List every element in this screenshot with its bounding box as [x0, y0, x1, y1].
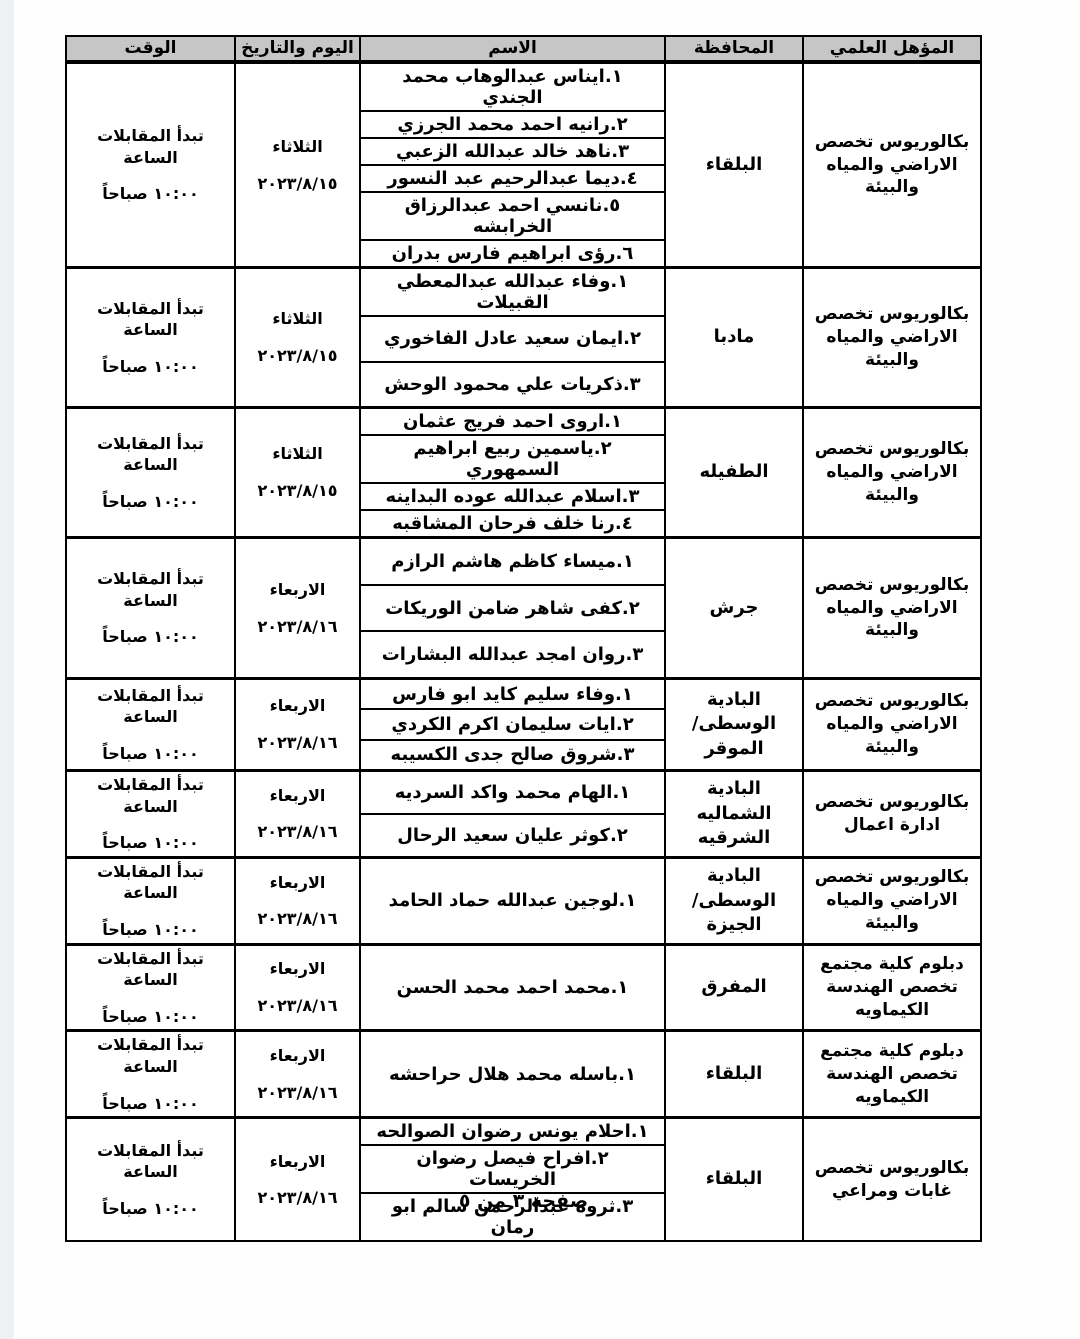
time-line2: ١٠:٠٠ صباحاً — [102, 356, 199, 378]
qualification-cell: بكالوريوس تخصص غابات ومراعي — [802, 1119, 980, 1240]
date-label: ٢٠٢٣/٨/١٦ — [257, 616, 337, 638]
day-date-cell: الاربعاء ٢٠٢٣/٨/١٦ — [234, 680, 359, 769]
day-label: الاربعاء — [270, 958, 326, 980]
applicant-name: ٦.رؤى ابراهيم فارس بدران — [361, 239, 664, 266]
table-row-group: بكالوريوس تخصص غابات ومراعي البلقاء ١.اح… — [67, 1116, 980, 1240]
time-cell: تبدأ المقابلات الساعة ١٠:٠٠ صباحاً — [67, 409, 234, 536]
date-label: ٢٠٢٣/٨/١٥ — [257, 480, 337, 502]
day-label: الاربعاء — [270, 1151, 326, 1173]
qualification-cell: بكالوريوس تخصص الاراضي والمياه والبيئة — [802, 859, 980, 943]
time-line1: تبدأ المقابلات الساعة — [72, 1034, 229, 1077]
table-row-group: بكالوريوس تخصص الاراضي والمياه والبيئة ا… — [67, 64, 980, 266]
time-line2: ١٠:٠٠ صباحاً — [102, 1093, 199, 1115]
applicant-name: ٢.كوثر عليان سعيد الرحال — [361, 813, 664, 856]
day-label: الثلاثاء — [272, 443, 322, 465]
names-column: ١.ميساء كاظم هاشم الرازم٢.كفى شاهر ضامن … — [359, 539, 664, 677]
day-date-cell: الثلاثاء ٢٠٢٣/٨/١٥ — [234, 409, 359, 536]
date-label: ٢٠٢٣/٨/١٦ — [257, 908, 337, 930]
table-row-group: بكالوريوس تخصص الاراضي والمياه والبيئة ا… — [67, 406, 980, 536]
governorate-cell: البادية الشماليه الشرقيه — [664, 772, 802, 856]
time-line2: ١٠:٠٠ صباحاً — [102, 183, 199, 205]
time-cell: تبدأ المقابلات الساعة ١٠:٠٠ صباحاً — [67, 269, 234, 406]
qualification-cell: دبلوم كلية مجتمع تخصص الهندسة الكيماويه — [802, 946, 980, 1030]
date-label: ٢٠٢٣/٨/١٦ — [257, 1082, 337, 1104]
names-column: ١.ايناس عبدالوهاب محمد الجندي٢.رانيه احم… — [359, 64, 664, 266]
time-cell: تبدأ المقابلات الساعة ١٠:٠٠ صباحاً — [67, 64, 234, 266]
applicant-name: ٣.ذكريات علي محمود الوحش — [361, 361, 664, 407]
qualification-cell: بكالوريوس تخصص الاراضي والمياه والبيئة — [802, 269, 980, 406]
table-row-group: بكالوريوس تخصص الاراضي والمياه والبيئة ج… — [67, 536, 980, 677]
date-label: ٢٠٢٣/٨/١٥ — [257, 173, 337, 195]
applicant-name: ١.ميساء كاظم هاشم الرازم — [361, 539, 664, 584]
scanned-document-page: المؤهل العلمي المحافظة الاسم اليوم والتا… — [0, 0, 1080, 1339]
day-label: الثلاثاء — [272, 308, 322, 330]
time-line1: تبدأ المقابلات الساعة — [72, 125, 229, 168]
applicant-name: ١.وفاء سليم كايد ابو فارس — [361, 680, 664, 708]
time-cell: تبدأ المقابلات الساعة ١٠:٠٠ صباحاً — [67, 680, 234, 769]
date-label: ٢٠٢٣/٨/١٦ — [257, 821, 337, 843]
time-line1: تبدأ المقابلات الساعة — [72, 568, 229, 611]
time-cell: تبدأ المقابلات الساعة ١٠:٠٠ صباحاً — [67, 772, 234, 856]
table-row-group: بكالوريوس تخصص الاراضي والمياه والبيئة م… — [67, 266, 980, 406]
applicant-name: ١.اروى احمد فريج عثمان — [361, 409, 664, 434]
governorate-cell: البلقاء — [664, 64, 802, 266]
applicant-name: ٢.كفى شاهر ضامن الوريكات — [361, 584, 664, 631]
applicant-name: ٤.ديما عبدالرحيم عبد النسور — [361, 164, 664, 191]
qualification-cell: بكالوريوس تخصص ادارة اعمال — [802, 772, 980, 856]
day-date-cell: الاربعاء ٢٠٢٣/٨/١٦ — [234, 772, 359, 856]
applicant-name: ٢.ايمان سعيد عادل الفاخوري — [361, 315, 664, 361]
names-column: ١.لوجين عبدالله حماد الحامد — [359, 859, 664, 943]
qualification-cell: بكالوريوس تخصص الاراضي والمياه والبيئة — [802, 409, 980, 536]
time-line1: تبدأ المقابلات الساعة — [72, 685, 229, 728]
day-label: الاربعاء — [270, 695, 326, 717]
time-line2: ١٠:٠٠ صباحاً — [102, 832, 199, 854]
time-line2: ١٠:٠٠ صباحاً — [102, 743, 199, 765]
time-line2: ١٠:٠٠ صباحاً — [102, 1006, 199, 1028]
qualification-cell: بكالوريوس تخصص الاراضي والمياه والبيئة — [802, 539, 980, 677]
governorate-cell: الطفيله — [664, 409, 802, 536]
day-date-cell: الاربعاء ٢٠٢٣/٨/١٦ — [234, 946, 359, 1030]
day-date-cell: الثلاثاء ٢٠٢٣/٨/١٥ — [234, 64, 359, 266]
table-body: بكالوريوس تخصص الاراضي والمياه والبيئة ا… — [67, 64, 980, 1240]
time-line1: تبدأ المقابلات الساعة — [72, 861, 229, 904]
governorate-cell: المفرق — [664, 946, 802, 1030]
day-date-cell: الثلاثاء ٢٠٢٣/٨/١٥ — [234, 269, 359, 406]
header-time: الوقت — [67, 37, 234, 60]
time-line1: تبدأ المقابلات الساعة — [72, 433, 229, 476]
header-name: الاسم — [359, 37, 664, 60]
applicant-name: ٢.ياسمين ربيع ابراهيم السمهوري — [361, 434, 664, 482]
table-row-group: بكالوريوس تخصص الاراضي والمياه والبيئة ا… — [67, 856, 980, 943]
interview-schedule-table: المؤهل العلمي المحافظة الاسم اليوم والتا… — [65, 35, 982, 1242]
header-day-date: اليوم والتاريخ — [234, 37, 359, 60]
day-label: الثلاثاء — [272, 136, 322, 158]
header-qualification: المؤهل العلمي — [802, 37, 980, 60]
applicant-name: ١.احلام يونس رضوان الصوالحه — [361, 1119, 664, 1144]
table-header-row: المؤهل العلمي المحافظة الاسم اليوم والتا… — [67, 37, 980, 64]
applicant-name: ٢.ايات سليمان اكرم الكردي — [361, 708, 664, 738]
applicant-name: ٢.رانيه احمد محمد الجرزي — [361, 110, 664, 137]
page-number: صفحة ٣ من ٥ — [65, 1190, 982, 1212]
names-column: ١.وفاء عبدالله عبدالمعطي القبيلات٢.ايمان… — [359, 269, 664, 406]
time-line2: ١٠:٠٠ صباحاً — [102, 919, 199, 941]
date-label: ٢٠٢٣/٨/١٦ — [257, 995, 337, 1017]
governorate-cell: البلقاء — [664, 1032, 802, 1116]
time-cell: تبدأ المقابلات الساعة ١٠:٠٠ صباحاً — [67, 539, 234, 677]
applicant-name: ١.وفاء عبدالله عبدالمعطي القبيلات — [361, 269, 664, 315]
names-column: ١.باسله محمد هلال حراحشه — [359, 1032, 664, 1116]
time-cell: تبدأ المقابلات الساعة ١٠:٠٠ صباحاً — [67, 859, 234, 943]
day-label: الاربعاء — [270, 1045, 326, 1067]
table-row-group: دبلوم كلية مجتمع تخصص الهندسة الكيماويه … — [67, 943, 980, 1030]
table-row-group: بكالوريوس تخصص ادارة اعمال البادية الشما… — [67, 769, 980, 856]
applicant-name: ٥.نانسي احمد عبدالرزاق الخرابشه — [361, 191, 664, 239]
applicant-name: ١.محمد احمد محمد الحسن — [361, 946, 664, 1030]
time-line2: ١٠:٠٠ صباحاً — [102, 626, 199, 648]
day-date-cell: الاربعاء ٢٠٢٣/٨/١٦ — [234, 859, 359, 943]
names-column: ١.احلام يونس رضوان الصوالحه٢.افراح فيصل … — [359, 1119, 664, 1240]
day-date-cell: الاربعاء ٢٠٢٣/٨/١٦ — [234, 1032, 359, 1116]
governorate-cell: جرش — [664, 539, 802, 677]
names-column: ١.الهام محمد واكد السرديه٢.كوثر عليان سع… — [359, 772, 664, 856]
qualification-cell: دبلوم كلية مجتمع تخصص الهندسة الكيماويه — [802, 1032, 980, 1116]
governorate-cell: البلقاء — [664, 1119, 802, 1240]
time-cell: تبدأ المقابلات الساعة ١٠:٠٠ صباحاً — [67, 946, 234, 1030]
table-row-group: دبلوم كلية مجتمع تخصص الهندسة الكيماويه … — [67, 1029, 980, 1116]
applicant-name: ٣.ناهد خالد عبدالله الزعبي — [361, 137, 664, 164]
governorate-cell: البادية الوسطى/ الموقر — [664, 680, 802, 769]
date-label: ٢٠٢٣/٨/١٦ — [257, 732, 337, 754]
applicant-name: ٣.شروق صالح جدى الكسيبه — [361, 739, 664, 769]
applicant-name: ٣.اسلام عبدالله عوده البداينه — [361, 482, 664, 509]
names-column: ١.اروى احمد فريج عثمان٢.ياسمين ربيع ابرا… — [359, 409, 664, 536]
applicant-name: ٣.روان امجد عبدالله البشارات — [361, 630, 664, 677]
time-line1: تبدأ المقابلات الساعة — [72, 298, 229, 341]
time-line1: تبدأ المقابلات الساعة — [72, 1140, 229, 1183]
qualification-cell: بكالوريوس تخصص الاراضي والمياه والبيئة — [802, 64, 980, 266]
applicant-name: ١.الهام محمد واكد السرديه — [361, 772, 664, 813]
header-governorate: المحافظة — [664, 37, 802, 60]
day-label: الاربعاء — [270, 785, 326, 807]
applicant-name: ١.باسله محمد هلال حراحشه — [361, 1032, 664, 1116]
time-line1: تبدأ المقابلات الساعة — [72, 948, 229, 991]
applicant-name: ١.ايناس عبدالوهاب محمد الجندي — [361, 64, 664, 110]
applicant-name: ٤.رنا خلف فرحان المشاقبه — [361, 509, 664, 536]
day-date-cell: الاربعاء ٢٠٢٣/٨/١٦ — [234, 539, 359, 677]
table-row-group: بكالوريوس تخصص الاراضي والمياه والبيئة ا… — [67, 677, 980, 769]
governorate-cell: مادبا — [664, 269, 802, 406]
time-line1: تبدأ المقابلات الساعة — [72, 774, 229, 817]
applicant-name: ٢.افراح فيصل رضوان الخريسات — [361, 1144, 664, 1192]
time-line2: ١٠:٠٠ صباحاً — [102, 491, 199, 513]
names-column: ١.وفاء سليم كايد ابو فارس٢.ايات سليمان ا… — [359, 680, 664, 769]
day-date-cell: الاربعاء ٢٠٢٣/٨/١٦ — [234, 1119, 359, 1240]
governorate-cell: البادية الوسطى/ الجيزة — [664, 859, 802, 943]
day-label: الاربعاء — [270, 579, 326, 601]
applicant-name: ١.لوجين عبدالله حماد الحامد — [361, 859, 664, 943]
day-label: الاربعاء — [270, 872, 326, 894]
date-label: ٢٠٢٣/٨/١٥ — [257, 345, 337, 367]
scan-edge-artifact — [0, 0, 14, 1339]
time-cell: تبدأ المقابلات الساعة ١٠:٠٠ صباحاً — [67, 1032, 234, 1116]
time-cell: تبدأ المقابلات الساعة ١٠:٠٠ صباحاً — [67, 1119, 234, 1240]
qualification-cell: بكالوريوس تخصص الاراضي والمياه والبيئة — [802, 680, 980, 769]
names-column: ١.محمد احمد محمد الحسن — [359, 946, 664, 1030]
